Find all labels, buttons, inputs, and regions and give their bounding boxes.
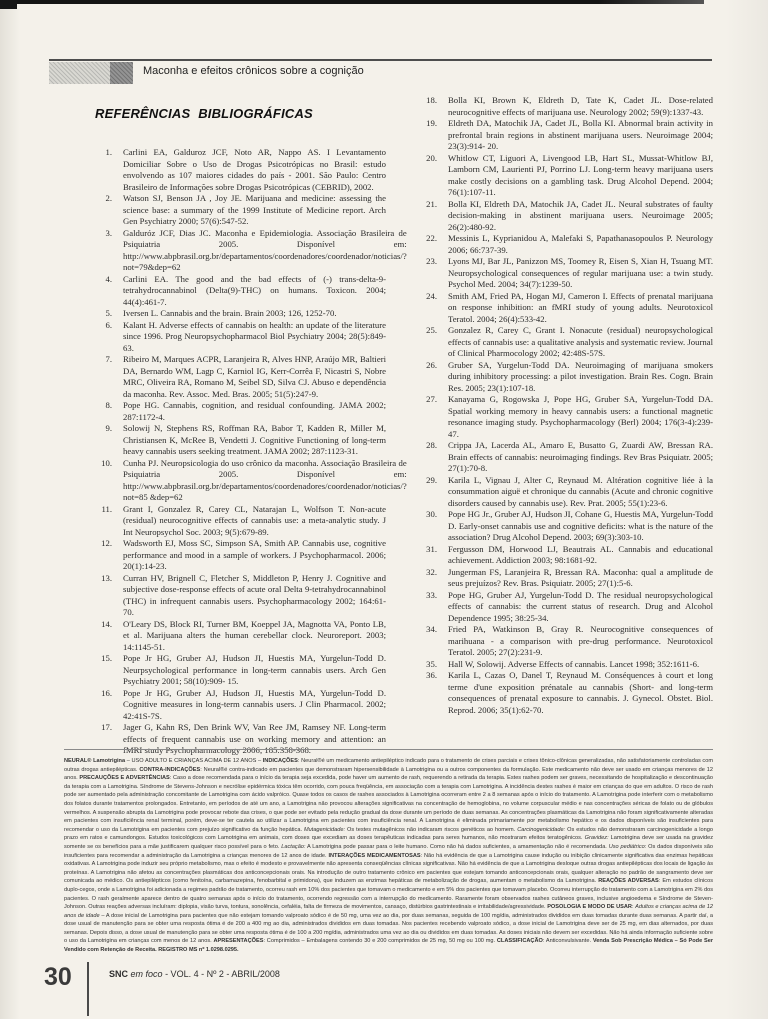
reference-number: 28. <box>420 440 448 475</box>
reference-text: Pope HG Jr., Gruber AJ, Hudson JI, Cohan… <box>448 509 713 544</box>
reference-number: 3. <box>95 228 123 274</box>
reference-item: 18. Bolla KI, Brown K, Eldreth D, Tate K… <box>420 95 713 118</box>
reference-number: 30. <box>420 509 448 544</box>
reference-number: 29. <box>420 475 448 510</box>
reference-item: 19. Eldreth DA, Matochik JA, Cadet JL, B… <box>420 118 713 153</box>
reference-text: Whitlow CT, Liguori A, Livengood LB, Har… <box>448 153 713 199</box>
reference-item: 10. Cunha PJ. Neuropsicologia do uso crô… <box>95 458 386 504</box>
references-list-left: 1. Carlini EA, Galduroz JCF, Noto AR, Na… <box>95 147 386 757</box>
reference-text: Hall W, Solowij. Adverse Effects of cann… <box>448 659 713 671</box>
running-head-dark-box <box>110 62 133 84</box>
reference-text: Karila L, Cazas O, Danel T, Reynaud M. C… <box>448 670 713 716</box>
reference-item: 21. Bolla KI, Eldreth DA, Matochik JA, C… <box>420 199 713 234</box>
reference-number: 14. <box>95 619 123 654</box>
reference-item: 1. Carlini EA, Galduroz JCF, Noto AR, Na… <box>95 147 386 193</box>
reference-item: 27. Kanayama G, Rogowska J, Pope HG, Gru… <box>420 394 713 440</box>
reference-number: 19. <box>420 118 448 153</box>
reference-text: Galduróz JCF, Dias JC. Maconha e Epidemi… <box>123 228 407 274</box>
fine-print-divider-rule <box>64 749 713 750</box>
reference-text: O'Leary DS, Block RI, Turner BM, Koeppel… <box>123 619 386 654</box>
section-title: REFERÊNCIAS BIBLIOGRÁFICAS <box>95 106 386 122</box>
reference-text: Watson SJ, Benson JA , Joy JE. Marijuana… <box>123 193 386 228</box>
page-number: 30 <box>44 963 72 992</box>
reference-item: 17. Jager G, Kahn RS, Den Brink WV, Van … <box>95 722 386 757</box>
reference-text: Jager G, Kahn RS, Den Brink WV, Van Ree … <box>123 722 386 757</box>
journal-name: SNC <box>109 969 128 979</box>
drug-information-fine-print: NEURAL® Lamotrigina – USO ADULTO E CRIAN… <box>64 757 713 955</box>
journal-info: SNC em foco - VOL. 4 - Nº 2 - ABRIL/2008 <box>109 969 280 979</box>
reference-text: Solowij N, Stephens RS, Roffman RA, Babo… <box>123 423 386 458</box>
reference-number: 18. <box>420 95 448 118</box>
reference-number: 4. <box>95 274 123 309</box>
running-head-rule <box>49 59 712 61</box>
reference-number: 7. <box>95 354 123 400</box>
reference-number: 23. <box>420 256 448 291</box>
reference-number: 22. <box>420 233 448 256</box>
reference-number: 31. <box>420 544 448 567</box>
reference-number: 11. <box>95 504 123 539</box>
reference-item: 28. Crippa JA, Lacerda AL, Amaro E, Busa… <box>420 440 713 475</box>
reference-text: Pope Jr HG, Gruber AJ, Hudson JI, Huesti… <box>123 653 386 688</box>
issue-info: - VOL. 4 - Nº 2 - ABRIL/2008 <box>165 969 280 979</box>
reference-number: 34. <box>420 624 448 659</box>
reference-text: Carlini EA. The good and the bad effects… <box>123 274 386 309</box>
reference-number: 35. <box>420 659 448 671</box>
reference-text: Eldreth DA, Matochik JA, Cadet JL, Bolla… <box>448 118 713 153</box>
reference-item: 13. Curran HV, Brignell C, Fletcher S, M… <box>95 573 386 619</box>
reference-item: 6. Kalant H. Adverse effects of cannabis… <box>95 320 386 355</box>
reference-text: Gonzalez R, Carey C, Grant I. Nonacute (… <box>448 325 713 360</box>
reference-number: 33. <box>420 590 448 625</box>
reference-item: 33. Pope HG, Gruber AJ, Yurgelun-Todd D.… <box>420 590 713 625</box>
reference-text: Grant I, Gonzalez R, Carey CL, Natarajan… <box>123 504 386 539</box>
page-top-edge <box>0 0 704 4</box>
reference-item: 14. O'Leary DS, Block RI, Turner BM, Koe… <box>95 619 386 654</box>
reference-item: 31. Fergusson DM, Horwood LJ, Beautrais … <box>420 544 713 567</box>
reference-text: Pope HG. Cannabis, cognition, and residu… <box>123 400 386 423</box>
reference-text: Cunha PJ. Neuropsicologia do uso crônico… <box>123 458 407 504</box>
reference-item: 32. Jungerman FS, Laranjeira R, Bressan … <box>420 567 713 590</box>
reference-text: Ribeiro M, Marques ACPR, Laranjeira R, A… <box>123 354 386 400</box>
reference-number: 12. <box>95 538 123 573</box>
reference-text: Smith AM, Fried PA, Hogan MJ, Cameron I.… <box>448 291 713 326</box>
reference-text: Kanayama G, Rogowska J, Pope HG, Gruber … <box>448 394 713 440</box>
reference-text: Curran HV, Brignell C, Fletcher S, Middl… <box>123 573 386 619</box>
reference-text: Lyons MJ, Bar JL, Panizzon MS, Toomey R,… <box>448 256 713 291</box>
running-head-hatch-box <box>49 62 110 84</box>
reference-text: Bolla KI, Brown K, Eldreth D, Tate K, Ca… <box>448 95 713 118</box>
reference-item: 26. Gruber SA, Yurgelun-Todd DA. Neuroim… <box>420 360 713 395</box>
reference-number: 5. <box>95 308 123 320</box>
reference-number: 26. <box>420 360 448 395</box>
references-column-left: REFERÊNCIAS BIBLIOGRÁFICAS 1. Carlini EA… <box>95 106 386 757</box>
reference-text: Fried PA, Watkinson B, Gray R. Neurocogn… <box>448 624 713 659</box>
reference-item: 25. Gonzalez R, Carey C, Grant I. Nonacu… <box>420 325 713 360</box>
reference-item: 34. Fried PA, Watkinson B, Gray R. Neuro… <box>420 624 713 659</box>
reference-number: 27. <box>420 394 448 440</box>
reference-number: 16. <box>95 688 123 723</box>
reference-item: 30. Pope HG Jr., Gruber AJ, Hudson JI, C… <box>420 509 713 544</box>
reference-item: 12. Wadsworth EJ, Moss SC, Simpson SA, S… <box>95 538 386 573</box>
scanned-journal-page: { "header": { "title": "Maconha e efeito… <box>0 0 768 1019</box>
reference-item: 4. Carlini EA. The good and the bad effe… <box>95 274 386 309</box>
reference-number: 8. <box>95 400 123 423</box>
reference-text: Iversen L. Cannabis and the brain. Brain… <box>123 308 386 320</box>
reference-item: 36. Karila L, Cazas O, Danel T, Reynaud … <box>420 670 713 716</box>
reference-item: 8. Pope HG. Cannabis, cognition, and res… <box>95 400 386 423</box>
reference-item: 22. Messinis L, Kyprianidou A, Malefaki … <box>420 233 713 256</box>
reference-text: Messinis L, Kyprianidou A, Malefaki S, P… <box>448 233 713 256</box>
reference-text: Gruber SA, Yurgelun-Todd DA. Neuroimagin… <box>448 360 713 395</box>
reference-text: Fergusson DM, Horwood LJ, Beautrais AL. … <box>448 544 713 567</box>
reference-item: 9. Solowij N, Stephens RS, Roffman RA, B… <box>95 423 386 458</box>
reference-text: Pope Jr HG, Gruber AJ, Hudson JI, Huesti… <box>123 688 386 723</box>
page-top-corner-mark <box>0 0 17 9</box>
reference-text: Karila L, Vignau J, Alter C, Reynaud M. … <box>448 475 713 510</box>
reference-number: 6. <box>95 320 123 355</box>
reference-item: 24. Smith AM, Fried PA, Hogan MJ, Camero… <box>420 291 713 326</box>
reference-number: 36. <box>420 670 448 716</box>
reference-number: 10. <box>95 458 123 504</box>
reference-text: Jungerman FS, Laranjeira R, Bressan RA. … <box>448 567 713 590</box>
reference-number: 17. <box>95 722 123 757</box>
reference-number: 25. <box>420 325 448 360</box>
reference-item: 3. Galduróz JCF, Dias JC. Maconha e Epid… <box>95 228 386 274</box>
reference-text: Bolla KI, Eldreth DA, Matochik JA, Cadet… <box>448 199 713 234</box>
reference-item: 20. Whitlow CT, Liguori A, Livengood LB,… <box>420 153 713 199</box>
reference-item: 35. Hall W, Solowij. Adverse Effects of … <box>420 659 713 671</box>
reference-text: Wadsworth EJ, Moss SC, Simpson SA, Smith… <box>123 538 386 573</box>
reference-text: Crippa JA, Lacerda AL, Amaro E, Busatto … <box>448 440 713 475</box>
footer-divider-bar <box>87 962 89 1016</box>
reference-number: 9. <box>95 423 123 458</box>
reference-item: 7. Ribeiro M, Marques ACPR, Laranjeira R… <box>95 354 386 400</box>
reference-number: 13. <box>95 573 123 619</box>
reference-number: 24. <box>420 291 448 326</box>
reference-item: 5. Iversen L. Cannabis and the brain. Br… <box>95 308 386 320</box>
reference-item: 23. Lyons MJ, Bar JL, Panizzon MS, Toome… <box>420 256 713 291</box>
reference-number: 20. <box>420 153 448 199</box>
reference-text: Kalant H. Adverse effects of cannabis on… <box>123 320 386 355</box>
reference-number: 21. <box>420 199 448 234</box>
reference-item: 2. Watson SJ, Benson JA , Joy JE. Mariju… <box>95 193 386 228</box>
running-head-title: Maconha e efeitos crônicos sobre a cogni… <box>143 65 364 77</box>
reference-number: 15. <box>95 653 123 688</box>
reference-number: 32. <box>420 567 448 590</box>
references-list-right: 18. Bolla KI, Brown K, Eldreth D, Tate K… <box>420 95 713 716</box>
reference-number: 2. <box>95 193 123 228</box>
reference-text: Carlini EA, Galduroz JCF, Noto AR, Nappo… <box>123 147 386 193</box>
reference-item: 15. Pope Jr HG, Gruber AJ, Hudson JI, Hu… <box>95 653 386 688</box>
reference-number: 1. <box>95 147 123 193</box>
reference-item: 11. Grant I, Gonzalez R, Carey CL, Natar… <box>95 504 386 539</box>
references-column-right: 18. Bolla KI, Brown K, Eldreth D, Tate K… <box>420 95 713 716</box>
reference-item: 29. Karila L, Vignau J, Alter C, Reynaud… <box>420 475 713 510</box>
journal-subtitle: em foco <box>131 969 163 979</box>
reference-item: 16. Pope Jr HG, Gruber AJ, Hudson JI, Hu… <box>95 688 386 723</box>
reference-text: Pope HG, Gruber AJ, Yurgelun-Todd D. The… <box>448 590 713 625</box>
